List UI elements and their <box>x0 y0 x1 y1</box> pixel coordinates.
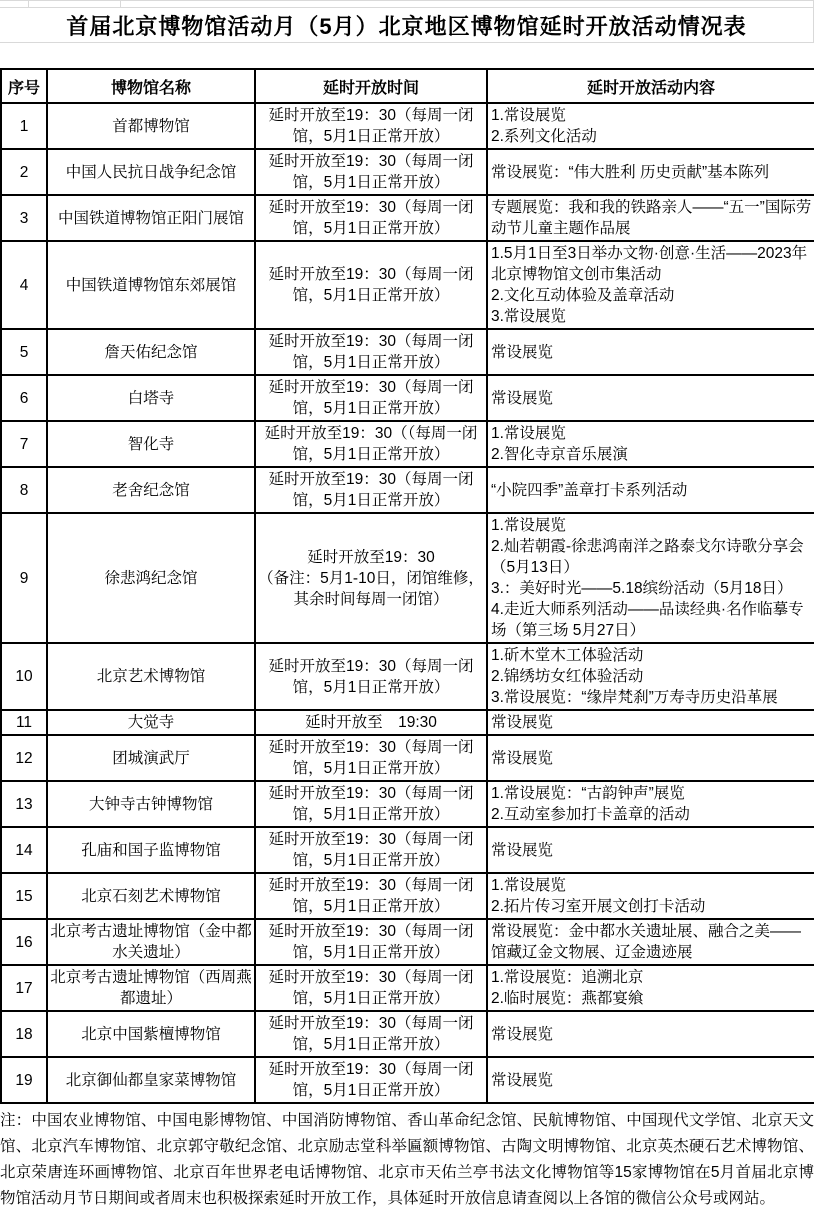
table-row: 2中国人民抗日战争纪念馆延时开放至19：30（每周一闭馆，5月1日正常开放）常设… <box>1 149 814 195</box>
open-time-line: 延时开放至19：30（每周一闭馆，5月1日正常开放） <box>258 829 484 871</box>
museum-name-cell: 大觉寺 <box>47 710 255 735</box>
activity-line: 2.拓片传习室开展文创打卡活动 <box>491 896 812 917</box>
museum-name-cell: 徐悲鸿纪念馆 <box>47 513 255 643</box>
museum-name-cell: 中国铁道博物馆正阳门展馆 <box>47 195 255 241</box>
row-no-cell: 2 <box>1 149 47 195</box>
open-time-line: 延时开放至19：30（每周一闭馆，5月1日正常开放） <box>258 264 484 306</box>
open-time-cell: 延时开放至19：30（每周一闭馆，5月1日正常开放） <box>255 781 487 827</box>
open-time-line: 延时开放至19：30（每周一闭馆，5月1日正常开放） <box>258 656 484 698</box>
activity-line: 常设展览 <box>491 342 812 363</box>
activity-line: 2.临时展览：燕都宴飨 <box>491 988 812 1009</box>
activity-line: 1.常设展览 <box>491 423 812 444</box>
activity-line: 1.常设展览：“古韵钟声”展览 <box>491 783 812 804</box>
museum-name-cell: 大钟寺古钟博物馆 <box>47 781 255 827</box>
activity-line: 专题展览：我和我的铁路亲人——“五一”国际劳动节儿童主题作品展 <box>491 197 812 239</box>
activities-cell: 1.5月1日至3日举办文物·创意·生活——2023年北京博物馆文创市集活动2.文… <box>487 241 814 329</box>
open-time-cell: 延时开放至19：30（（每周一闭馆，5月1日正常开放） <box>255 421 487 467</box>
museum-table: 序号 博物馆名称 延时开放时间 延时开放活动内容 1首都博物馆延时开放至19：3… <box>0 68 814 1104</box>
table-row: 9徐悲鸿纪念馆延时开放至19：30（备注：5月1-10日，闭馆维修，其余时间每周… <box>1 513 814 643</box>
activities-cell: 常设展览 <box>487 1057 814 1103</box>
open-time-line: 延时开放至19：30（每周一闭馆，5月1日正常开放） <box>258 783 484 825</box>
open-time-line: 延时开放至 19:30 <box>258 712 484 733</box>
museum-name-cell: 北京考古遗址博物馆（西周燕都遗址） <box>47 965 255 1011</box>
open-time-cell: 延时开放至19：30（每周一闭馆，5月1日正常开放） <box>255 643 487 710</box>
open-time-line: 延时开放至19：30（每周一闭馆，5月1日正常开放） <box>258 151 484 193</box>
page-title: 首届北京博物馆活动月（5月）北京地区博物馆延时开放活动情况表 <box>66 10 746 41</box>
museum-name-cell: 团城演武厅 <box>47 735 255 781</box>
row-no-cell: 16 <box>1 919 47 965</box>
col-header-time: 延时开放时间 <box>255 69 487 103</box>
open-time-line: 延时开放至19：30（每周一闭馆，5月1日正常开放） <box>258 967 484 1009</box>
activity-line: 1.常设展览 <box>491 515 812 536</box>
sheet-gridline-strip <box>0 0 814 8</box>
row-no-cell: 15 <box>1 873 47 919</box>
museum-table-body: 1首都博物馆延时开放至19：30（每周一闭馆，5月1日正常开放）1.常设展览2.… <box>1 103 814 1103</box>
row-no-cell: 14 <box>1 827 47 873</box>
activities-cell: 常设展览 <box>487 710 814 735</box>
table-row: 11大觉寺延时开放至 19:30常设展览 <box>1 710 814 735</box>
activity-line: 常设展览 <box>491 712 812 733</box>
museum-name-cell: 智化寺 <box>47 421 255 467</box>
open-time-line: 延时开放至19：30（每周一闭馆，5月1日正常开放） <box>258 331 484 373</box>
activity-line: 1.常设展览：追溯北京 <box>491 967 812 988</box>
open-time-line: 延时开放至19：30（每周一闭馆，5月1日正常开放） <box>258 921 484 963</box>
activity-line: 2.互动室参加打卡盖章的活动 <box>491 804 812 825</box>
row-no-cell: 12 <box>1 735 47 781</box>
gridline-vertical-icon <box>120 1 121 7</box>
activity-line: 4.走近大师系列活动——品读经典·名作临摹专场（第三场 5月27日） <box>491 599 812 641</box>
row-no-cell: 4 <box>1 241 47 329</box>
activity-line: 2.锦绣坊女红体验活动 <box>491 666 812 687</box>
row-no-cell: 5 <box>1 329 47 375</box>
open-time-cell: 延时开放至19：30（每周一闭馆，5月1日正常开放） <box>255 375 487 421</box>
activities-cell: 1.常设展览2.系列文化活动 <box>487 103 814 149</box>
activities-cell: 常设展览 <box>487 827 814 873</box>
open-time-line: 延时开放至19：30（每周一闭馆，5月1日正常开放） <box>258 737 484 779</box>
activities-cell: 1.常设展览2.智化寺京音乐展演 <box>487 421 814 467</box>
activities-cell: 常设展览：“伟大胜利 历史贡献”基本陈列 <box>487 149 814 195</box>
activity-line: 常设展览 <box>491 1024 812 1045</box>
activity-line: 2.系列文化活动 <box>491 126 812 147</box>
activities-cell: 常设展览 <box>487 329 814 375</box>
activity-line: 常设展览：金中都水关遗址展、融合之美——馆藏辽金文物展、辽金遗迹展 <box>491 921 812 963</box>
table-row: 18北京中国紫檀博物馆延时开放至19：30（每周一闭馆，5月1日正常开放）常设展… <box>1 1011 814 1057</box>
row-no-cell: 10 <box>1 643 47 710</box>
table-row: 15北京石刻艺术博物馆延时开放至19：30（每周一闭馆，5月1日正常开放）1.常… <box>1 873 814 919</box>
row-no-cell: 1 <box>1 103 47 149</box>
open-time-line: 延时开放至19：30（每周一闭馆，5月1日正常开放） <box>258 105 484 147</box>
museum-name-cell: 詹天佑纪念馆 <box>47 329 255 375</box>
gridline-vertical-icon <box>28 1 29 7</box>
museum-name-cell: 北京考古遗址博物馆（金中都水关遗址） <box>47 919 255 965</box>
table-row: 6白塔寺延时开放至19：30（每周一闭馆，5月1日正常开放）常设展览 <box>1 375 814 421</box>
footnote: 注：中国农业博物馆、中国电影博物馆、中国消防博物馆、香山革命纪念馆、民航博物馆、… <box>0 1108 814 1212</box>
activity-line: 1.斫木堂木工体验活动 <box>491 645 812 666</box>
museum-name-cell: 孔庙和国子监博物馆 <box>47 827 255 873</box>
open-time-cell: 延时开放至19：30（每周一闭馆，5月1日正常开放） <box>255 467 487 513</box>
document-page: 首届北京博物馆活动月（5月）北京地区博物馆延时开放活动情况表 序号 博物馆名称 … <box>0 0 814 1212</box>
activity-line: 常设展览 <box>491 388 812 409</box>
activities-cell: 常设展览：金中都水关遗址展、融合之美——馆藏辽金文物展、辽金遗迹展 <box>487 919 814 965</box>
open-time-line: 延时开放至19：30（每周一闭馆，5月1日正常开放） <box>258 1013 484 1055</box>
museum-name-cell: 老舍纪念馆 <box>47 467 255 513</box>
activities-cell: 1.常设展览：“古韵钟声”展览2.互动室参加打卡盖章的活动 <box>487 781 814 827</box>
row-no-cell: 19 <box>1 1057 47 1103</box>
open-time-line: 延时开放至19：30 <box>258 547 484 568</box>
museum-name-cell: 北京艺术博物馆 <box>47 643 255 710</box>
open-time-cell: 延时开放至19：30（每周一闭馆，5月1日正常开放） <box>255 1057 487 1103</box>
table-row: 17北京考古遗址博物馆（西周燕都遗址）延时开放至19：30（每周一闭馆，5月1日… <box>1 965 814 1011</box>
activity-line: 常设展览 <box>491 840 812 861</box>
open-time-line: 延时开放至19：30（每周一闭馆，5月1日正常开放） <box>258 875 484 917</box>
activity-line: 3.常设展览 <box>491 306 812 327</box>
table-row: 12团城演武厅延时开放至19：30（每周一闭馆，5月1日正常开放）常设展览 <box>1 735 814 781</box>
activity-line: 3.：美好时光——5.18缤纷活动（5月18日） <box>491 578 812 599</box>
table-row: 13大钟寺古钟博物馆延时开放至19：30（每周一闭馆，5月1日正常开放）1.常设… <box>1 781 814 827</box>
table-row: 14孔庙和国子监博物馆延时开放至19：30（每周一闭馆，5月1日正常开放）常设展… <box>1 827 814 873</box>
row-no-cell: 13 <box>1 781 47 827</box>
open-time-line: 延时开放至19：30（每周一闭馆，5月1日正常开放） <box>258 469 484 511</box>
table-row: 3中国铁道博物馆正阳门展馆延时开放至19：30（每周一闭馆，5月1日正常开放）专… <box>1 195 814 241</box>
table-row: 1首都博物馆延时开放至19：30（每周一闭馆，5月1日正常开放）1.常设展览2.… <box>1 103 814 149</box>
row-no-cell: 17 <box>1 965 47 1011</box>
row-no-cell: 8 <box>1 467 47 513</box>
col-header-activities: 延时开放活动内容 <box>487 69 814 103</box>
museum-name-cell: 中国铁道博物馆东郊展馆 <box>47 241 255 329</box>
table-row: 16北京考古遗址博物馆（金中都水关遗址）延时开放至19：30（每周一闭馆，5月1… <box>1 919 814 965</box>
title-table-gap <box>0 43 814 68</box>
activity-line: 常设展览 <box>491 1070 812 1091</box>
museum-name-cell: 北京中国紫檀博物馆 <box>47 1011 255 1057</box>
activity-line: 1.5月1日至3日举办文物·创意·生活——2023年北京博物馆文创市集活动 <box>491 243 812 285</box>
row-no-cell: 7 <box>1 421 47 467</box>
row-no-cell: 18 <box>1 1011 47 1057</box>
open-time-cell: 延时开放至19：30（每周一闭馆，5月1日正常开放） <box>255 919 487 965</box>
open-time-line: 延时开放至19：30（每周一闭馆，5月1日正常开放） <box>258 377 484 419</box>
table-row: 10北京艺术博物馆延时开放至19：30（每周一闭馆，5月1日正常开放）1.斫木堂… <box>1 643 814 710</box>
activity-line: 2.灿若朝霞-徐悲鸿南洋之路泰戈尔诗歌分享会（5月13日） <box>491 536 812 578</box>
table-row: 8老舍纪念馆延时开放至19：30（每周一闭馆，5月1日正常开放）“小院四季”盖章… <box>1 467 814 513</box>
open-time-cell: 延时开放至19：30（备注：5月1-10日，闭馆维修，其余时间每周一闭馆） <box>255 513 487 643</box>
open-time-line: 延时开放至19：30（（每周一闭馆，5月1日正常开放） <box>258 423 484 465</box>
open-time-cell: 延时开放至19：30（每周一闭馆，5月1日正常开放） <box>255 735 487 781</box>
activity-line: “小院四季”盖章打卡系列活动 <box>491 480 812 501</box>
activity-line: 2.文化互动体验及盖章活动 <box>491 285 812 306</box>
table-row: 4中国铁道博物馆东郊展馆延时开放至19：30（每周一闭馆，5月1日正常开放）1.… <box>1 241 814 329</box>
open-time-line: 延时开放至19：30（每周一闭馆，5月1日正常开放） <box>258 197 484 239</box>
museum-name-cell: 首都博物馆 <box>47 103 255 149</box>
museum-name-cell: 白塔寺 <box>47 375 255 421</box>
activities-cell: 常设展览 <box>487 375 814 421</box>
open-time-cell: 延时开放至 19:30 <box>255 710 487 735</box>
table-row: 7智化寺延时开放至19：30（（每周一闭馆，5月1日正常开放）1.常设展览2.智… <box>1 421 814 467</box>
open-time-line: 延时开放至19：30（每周一闭馆，5月1日正常开放） <box>258 1059 484 1101</box>
activities-cell: 常设展览 <box>487 735 814 781</box>
museum-name-cell: 北京石刻艺术博物馆 <box>47 873 255 919</box>
activities-cell: 1.常设展览2.拓片传习室开展文创打卡活动 <box>487 873 814 919</box>
open-time-cell: 延时开放至19：30（每周一闭馆，5月1日正常开放） <box>255 965 487 1011</box>
activities-cell: 专题展览：我和我的铁路亲人——“五一”国际劳动节儿童主题作品展 <box>487 195 814 241</box>
activities-cell: “小院四季”盖章打卡系列活动 <box>487 467 814 513</box>
museum-name-cell: 北京御仙都皇家菜博物馆 <box>47 1057 255 1103</box>
activities-cell: 1.斫木堂木工体验活动2.锦绣坊女红体验活动3.常设展览：“缘岸梵刹”万寿寺历史… <box>487 643 814 710</box>
open-time-line: （备注：5月1-10日，闭馆维修，其余时间每周一闭馆） <box>258 568 484 610</box>
open-time-cell: 延时开放至19：30（每周一闭馆，5月1日正常开放） <box>255 241 487 329</box>
activity-line: 1.常设展览 <box>491 875 812 896</box>
col-header-name: 博物馆名称 <box>47 69 255 103</box>
row-no-cell: 9 <box>1 513 47 643</box>
header-row: 序号 博物馆名称 延时开放时间 延时开放活动内容 <box>1 69 814 103</box>
activity-line: 常设展览 <box>491 748 812 769</box>
open-time-cell: 延时开放至19：30（每周一闭馆，5月1日正常开放） <box>255 873 487 919</box>
row-no-cell: 3 <box>1 195 47 241</box>
title-row: 首届北京博物馆活动月（5月）北京地区博物馆延时开放活动情况表 <box>0 8 814 43</box>
activity-line: 3.常设展览：“缘岸梵刹”万寿寺历史沿革展 <box>491 687 812 708</box>
activity-line: 常设展览：“伟大胜利 历史贡献”基本陈列 <box>491 162 812 183</box>
table-row: 5詹天佑纪念馆延时开放至19：30（每周一闭馆，5月1日正常开放）常设展览 <box>1 329 814 375</box>
activities-cell: 常设展览 <box>487 1011 814 1057</box>
museum-name-cell: 中国人民抗日战争纪念馆 <box>47 149 255 195</box>
open-time-cell: 延时开放至19：30（每周一闭馆，5月1日正常开放） <box>255 103 487 149</box>
open-time-cell: 延时开放至19：30（每周一闭馆，5月1日正常开放） <box>255 329 487 375</box>
activity-line: 2.智化寺京音乐展演 <box>491 444 812 465</box>
activities-cell: 1.常设展览：追溯北京2.临时展览：燕都宴飨 <box>487 965 814 1011</box>
row-no-cell: 11 <box>1 710 47 735</box>
activities-cell: 1.常设展览2.灿若朝霞-徐悲鸿南洋之路泰戈尔诗歌分享会（5月13日）3.：美好… <box>487 513 814 643</box>
open-time-cell: 延时开放至19：30（每周一闭馆，5月1日正常开放） <box>255 149 487 195</box>
table-row: 19北京御仙都皇家菜博物馆延时开放至19：30（每周一闭馆，5月1日正常开放）常… <box>1 1057 814 1103</box>
activity-line: 1.常设展览 <box>491 105 812 126</box>
open-time-cell: 延时开放至19：30（每周一闭馆，5月1日正常开放） <box>255 827 487 873</box>
row-no-cell: 6 <box>1 375 47 421</box>
col-header-no: 序号 <box>1 69 47 103</box>
open-time-cell: 延时开放至19：30（每周一闭馆，5月1日正常开放） <box>255 1011 487 1057</box>
open-time-cell: 延时开放至19：30（每周一闭馆，5月1日正常开放） <box>255 195 487 241</box>
